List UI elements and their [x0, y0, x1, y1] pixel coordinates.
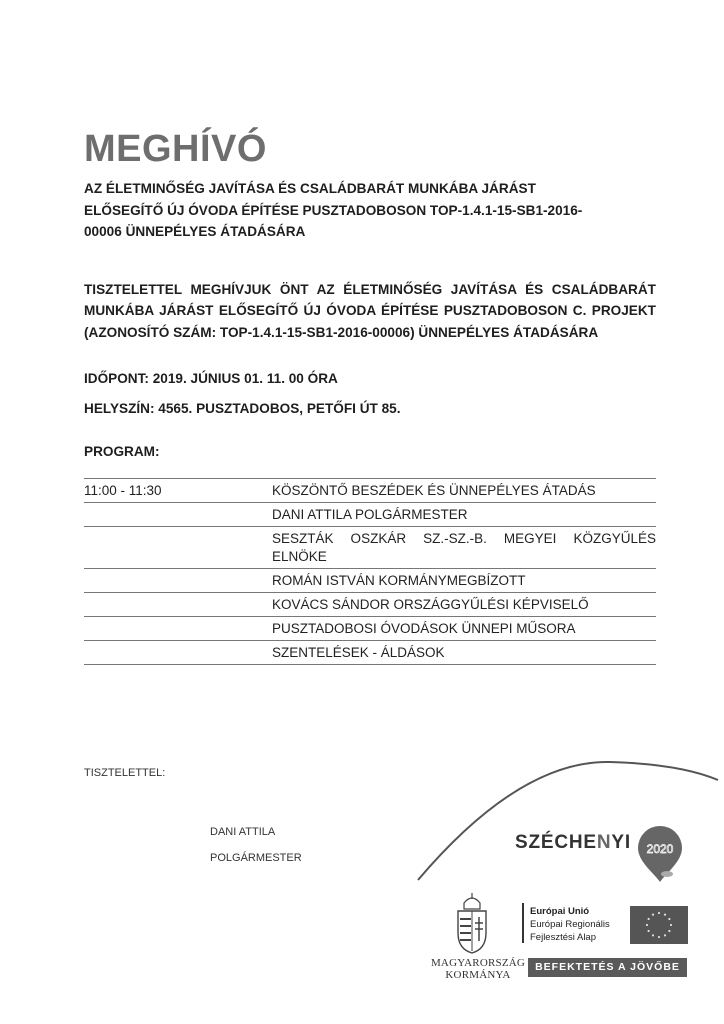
svg-text:2020: 2020	[647, 842, 674, 856]
eu-flag-icon	[630, 906, 688, 944]
szechenyi-logo-text: SZÉCHENYI	[515, 832, 631, 854]
decorative-arc	[0, 0, 724, 1024]
hungarian-coat-of-arms-icon	[452, 893, 492, 955]
invest-slogan: BEFEKTETÉS A JÖVŐBE	[528, 958, 687, 977]
eu-fund-text: Európai Unió Európai Regionális Fejleszt…	[530, 905, 610, 944]
szechenyi-pin-icon: 2020	[635, 824, 685, 884]
gov-logo-text: MAGYARORSZÁG KORMÁNYA	[428, 957, 528, 981]
eu-divider	[522, 903, 524, 943]
